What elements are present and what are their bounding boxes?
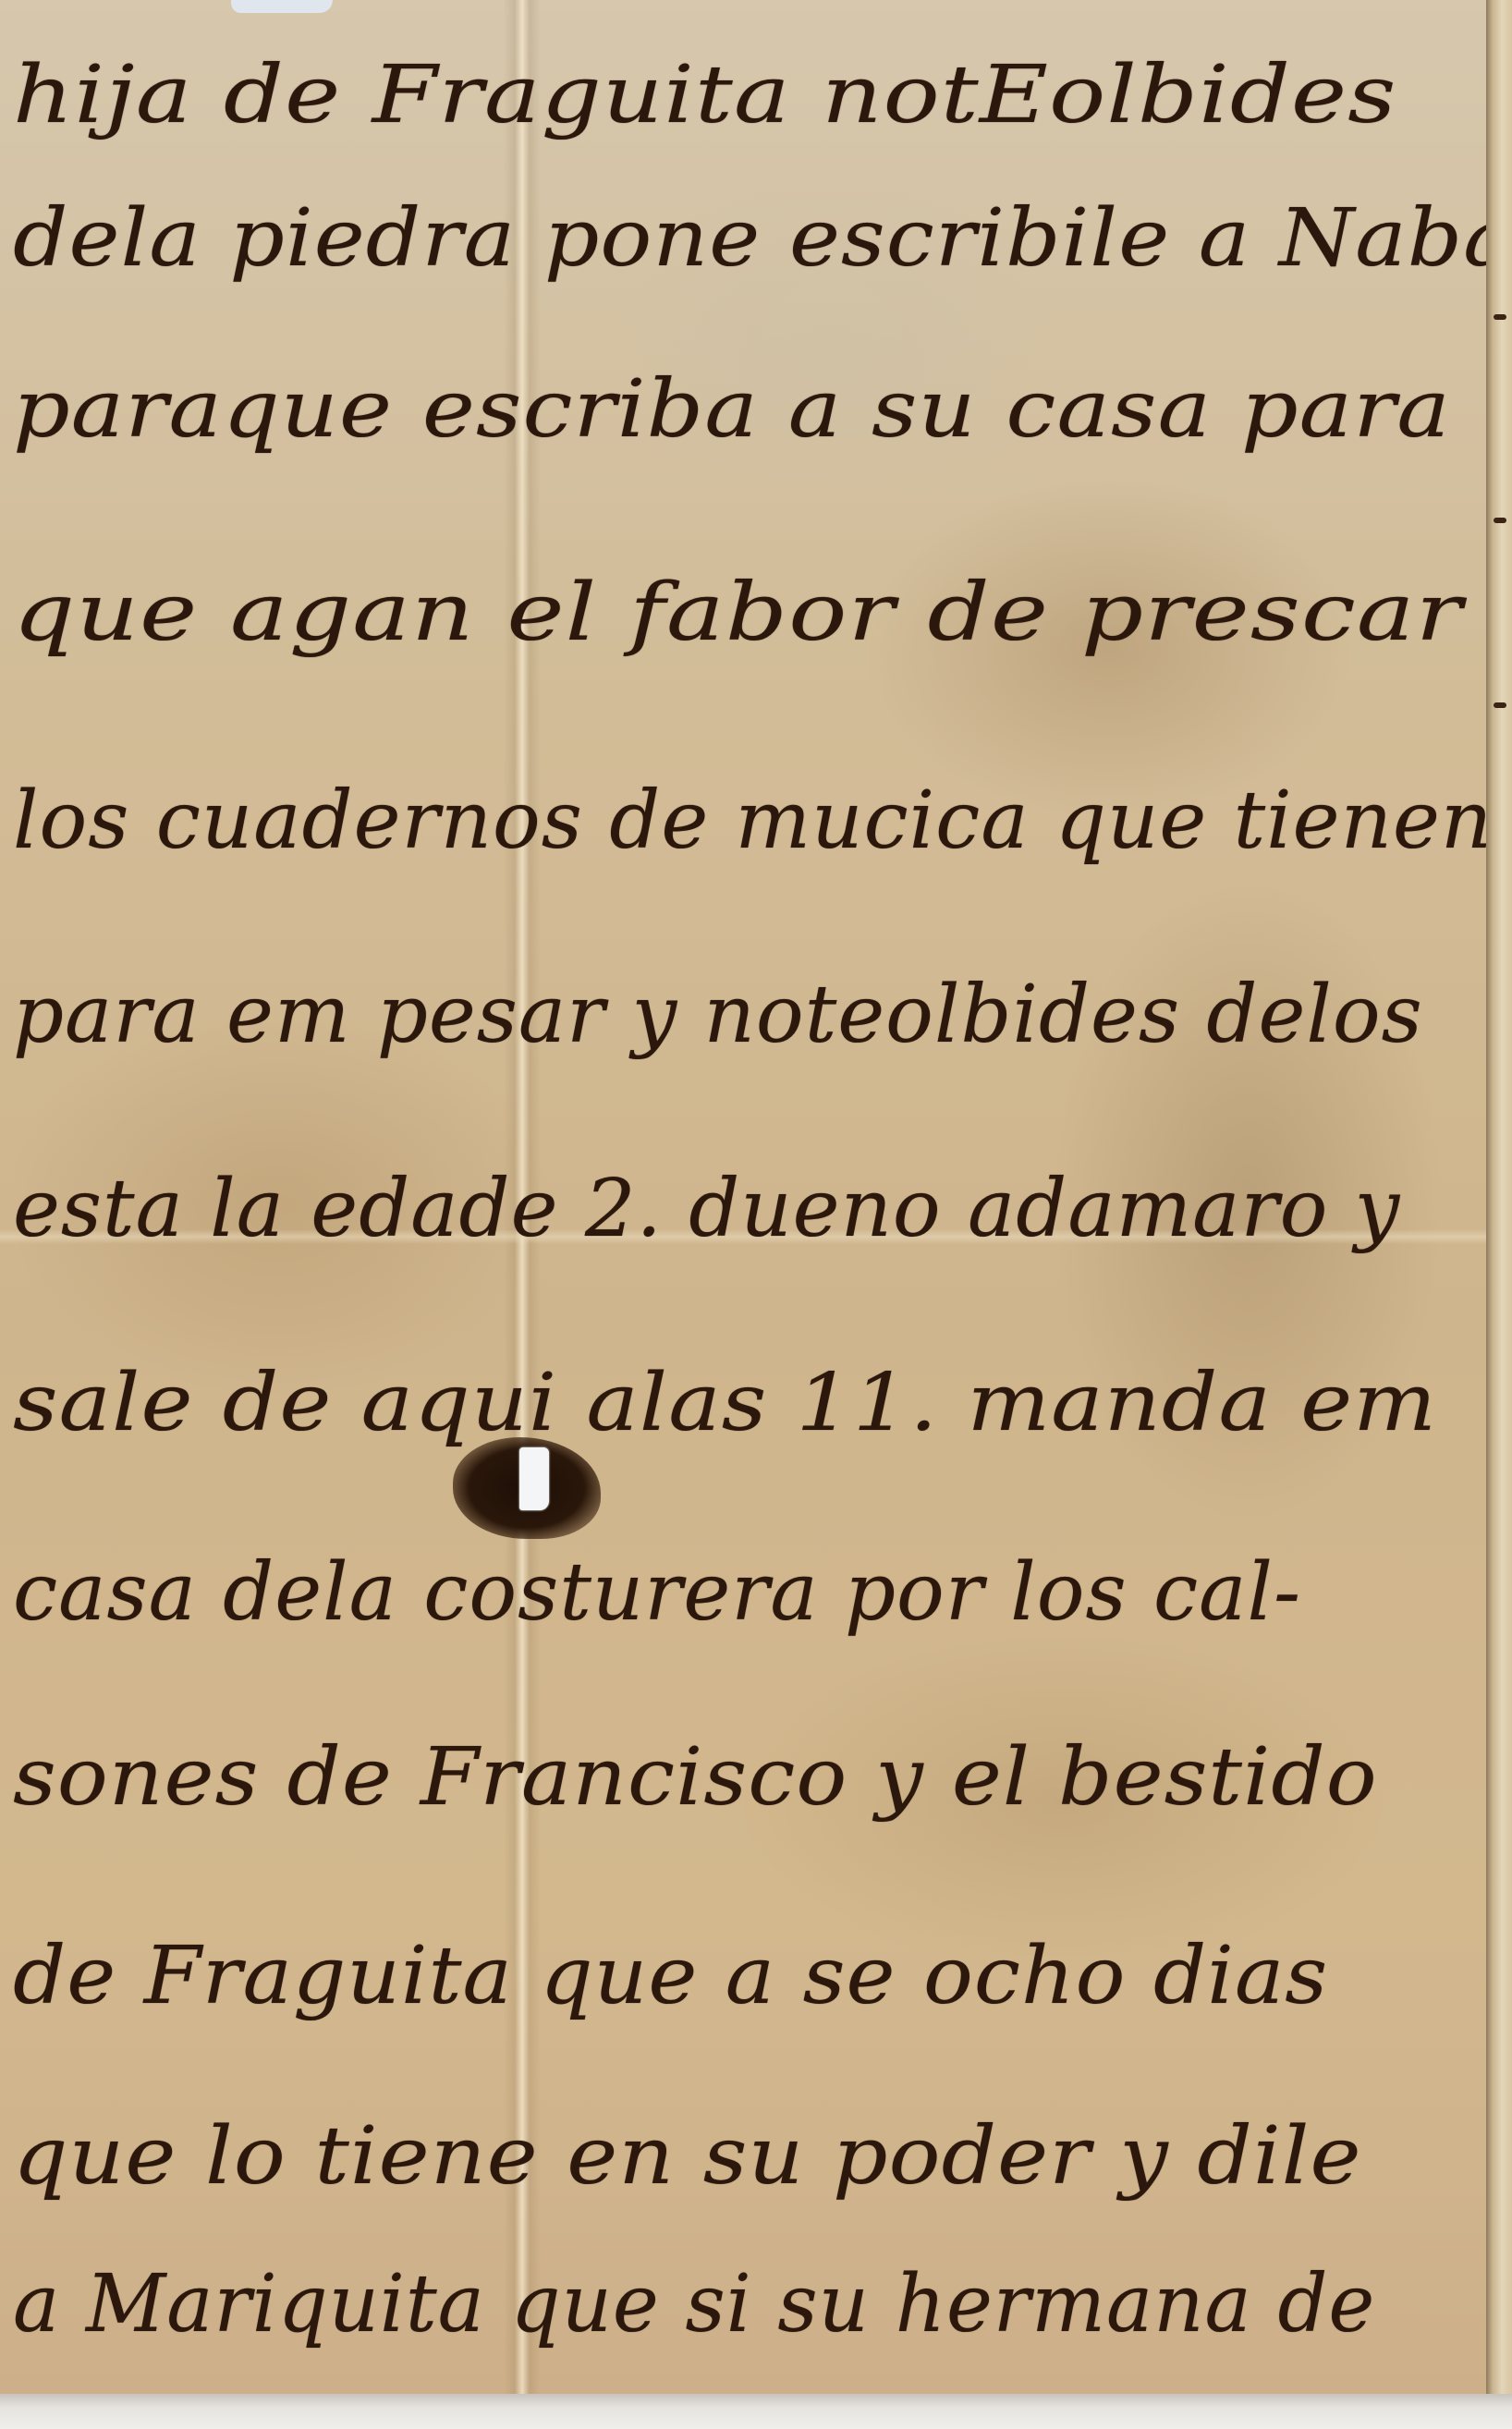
edge-ink-mark bbox=[1494, 314, 1506, 320]
text-line: hija de Fraguita notEolbides bbox=[13, 55, 1396, 135]
text-line: esta la edade 2. dueno adamaro y bbox=[13, 1169, 1400, 1249]
handwritten-text: hija de Fraguita notEolbides dela piedra… bbox=[0, 0, 1490, 2394]
text-line: paraque escriba a su casa para bbox=[13, 370, 1451, 449]
text-line: dela piedra pone escribile a Naba bbox=[13, 199, 1512, 278]
paper-hole bbox=[519, 1447, 549, 1510]
adjacent-page-edge bbox=[1486, 0, 1512, 2429]
text-line: sones de Francisco y el bestido bbox=[13, 1738, 1378, 1817]
edge-ink-mark bbox=[1494, 702, 1506, 708]
edge-ink-mark bbox=[1494, 518, 1506, 523]
text-line: de Fraguita que a se ocho dias bbox=[13, 1936, 1328, 2016]
text-line: sale de aqui alas 11. manda em bbox=[13, 1363, 1437, 1443]
text-line: los cuadernos de mucica que tienen bbox=[13, 781, 1493, 861]
text-line: que lo tiene en su poder y dile bbox=[13, 2117, 1362, 2196]
text-line: que agan el fabor de prescar bbox=[13, 573, 1463, 653]
manuscript-photo: ​ hija de Fraguita notEolbides dela pied… bbox=[0, 0, 1512, 2429]
bottom-background bbox=[0, 2394, 1512, 2429]
text-line: casa dela costurera por los cal- bbox=[13, 1553, 1301, 1632]
text-line: a Mariquita que si su hermana de bbox=[13, 2264, 1375, 2344]
text-line: para em pesar y noteolbides delos bbox=[13, 975, 1423, 1055]
